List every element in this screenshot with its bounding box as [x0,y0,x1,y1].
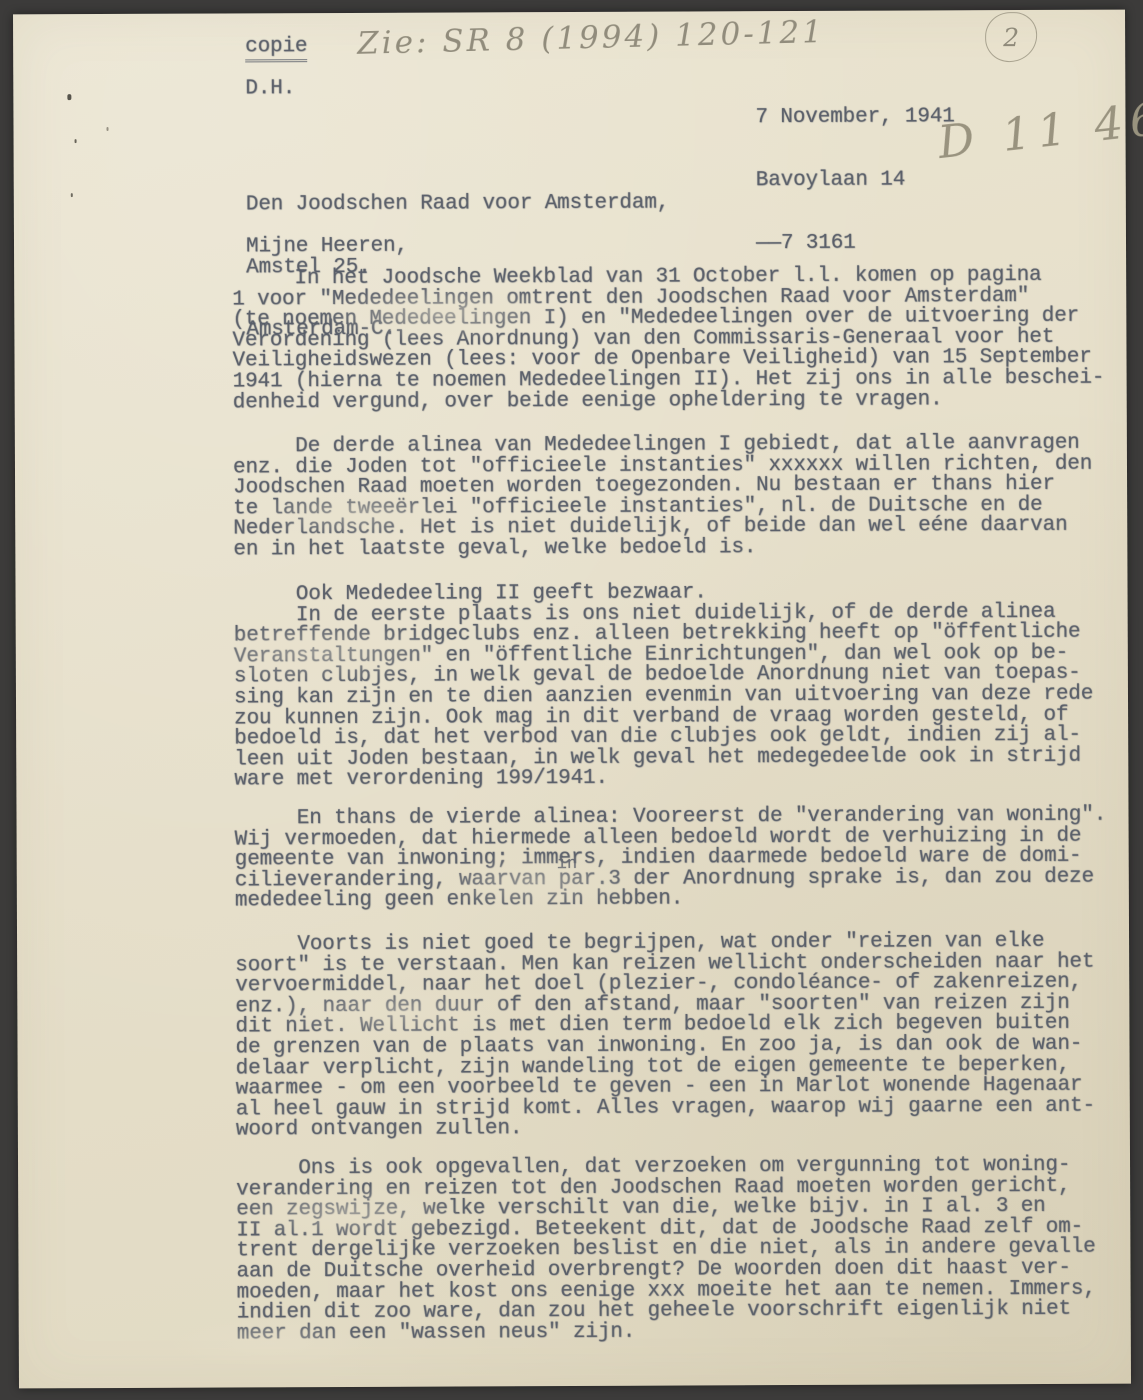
body-paragraph-1: In het Joodsche Weekblad van 31 October … [232,265,1143,413]
ink-specks [67,94,71,100]
copy-label: copie [245,37,307,62]
handwritten-reference: Zie: SR 8 (1994) 120-121 [357,14,826,62]
page-number: 2 [1003,23,1019,52]
typed-insertion: in [557,855,577,874]
letter-page: copie Zie: SR 8 (1994) 120-121 D.H. 7 No… [13,10,1131,1389]
scan-background: copie Zie: SR 8 (1994) 120-121 D.H. 7 No… [0,0,1143,1400]
letter-phone: ——7 3161 [756,232,955,254]
circled-page-number: 2 [985,12,1037,62]
letterhead: 7 November, 1941 Bavoylaan 14 ——7 3161 [755,65,955,295]
recipient-line-1: Den Joodschen Raad voor Amsterdam, [246,193,669,216]
salutation: Mijne Heeren, [246,237,408,258]
letter-street: Bavoylaan 14 [756,169,955,191]
body-paragraph-4: En thans de vierde alinea: Vooreerst de … [234,805,1143,912]
body-paragraph-2: De derde alinea van Mededeelingen I gebi… [233,433,1143,561]
place-initials: D.H. [245,79,295,100]
body-paragraph-3: Ook Mededeeling II geeft bezwaar. In de … [234,581,1143,791]
handwritten-code: D 11 466 [935,88,1143,169]
body-paragraph-5: Voorts is niet goed te begrijpen, wat on… [235,931,1143,1141]
letter-date: 7 November, 1941 [755,107,954,129]
body-paragraph-6: Ons is ook opgevallen, dat verzoeken om … [236,1155,1143,1344]
